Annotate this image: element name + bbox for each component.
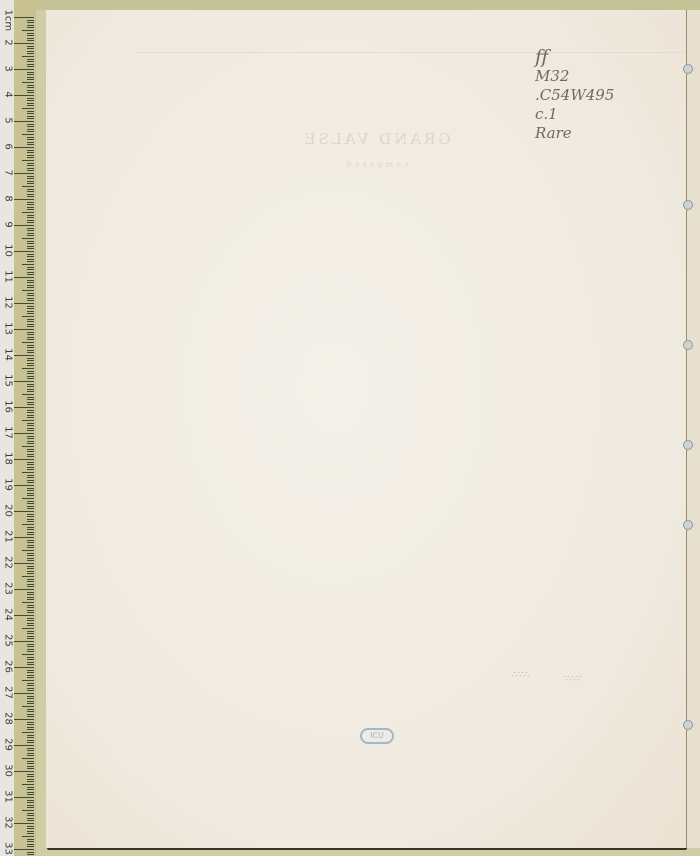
ruler-tick: [27, 72, 34, 73]
ruler-tick: [14, 433, 34, 434]
ruler-tick: [27, 633, 34, 634]
ruler-tick: [27, 38, 34, 39]
ruler-tick: [27, 592, 34, 593]
ruler-tick: [27, 33, 34, 34]
ruler: 1cm2345678910111213141516171819202122232…: [0, 0, 36, 856]
ruler-tick: [27, 607, 34, 608]
ruler-tick: [27, 308, 34, 309]
ruler-tick: [27, 282, 34, 283]
ruler-tick: [22, 238, 34, 239]
ruler-tick: [27, 464, 34, 465]
ruler-tick: [27, 126, 34, 127]
ruler-tick: [14, 17, 34, 18]
ruler-label: 18: [3, 452, 14, 466]
ruler-tick: [27, 287, 34, 288]
ruler-tick: [27, 475, 34, 476]
show-through-subtitle: composed: [276, 160, 476, 169]
ruler-tick: [27, 399, 34, 400]
ruler-tick: [27, 124, 34, 125]
ruler-tick: [27, 711, 34, 712]
ruler-tick: [27, 27, 34, 28]
ruler-tick: [27, 371, 34, 372]
ruler-tick: [27, 800, 34, 801]
ruler-tick: [27, 529, 34, 530]
ruler-tick: [27, 243, 34, 244]
ruler-tick: [27, 742, 34, 743]
ruler-tick: [27, 295, 34, 296]
ruler-tick: [22, 186, 34, 187]
ruler-tick: [27, 267, 34, 268]
ruler-tick: [27, 844, 34, 845]
ruler-tick: [27, 566, 34, 567]
ruler-tick: [27, 324, 34, 325]
ruler-tick: [27, 787, 34, 788]
ruler-tick: [22, 420, 34, 421]
ruler-tick: [27, 532, 34, 533]
ruler-tick: [22, 56, 34, 57]
ruler-tick: [14, 693, 34, 694]
ruler-tick: [14, 173, 34, 174]
ruler-tick: [14, 719, 34, 720]
ruler-tick: [27, 573, 34, 574]
ruler-tick: [27, 826, 34, 827]
call-number-annotation: ff M32 .C54W495 c.1 Rare: [535, 48, 614, 143]
ruler-tick: [27, 443, 34, 444]
ruler-tick: [27, 625, 34, 626]
ruler-tick: [27, 579, 34, 580]
ruler-tick: [22, 758, 34, 759]
binding-hole: [683, 720, 693, 730]
ruler-tick: [27, 306, 34, 307]
ruler-label: 7: [3, 166, 14, 180]
ruler-label: 2: [3, 36, 14, 50]
ruler-label: 13: [3, 322, 14, 336]
ruler-label: 26: [3, 660, 14, 674]
ruler-tick: [27, 417, 34, 418]
ruler-tick: [27, 685, 34, 686]
ruler-tick: [27, 215, 34, 216]
ruler-tick: [27, 724, 34, 725]
ruler-tick: [22, 394, 34, 395]
ruler-tick: [27, 313, 34, 314]
ruler-tick: [27, 129, 34, 130]
ruler-tick: [22, 654, 34, 655]
ruler-label: 1cm: [3, 10, 14, 24]
ruler-tick: [22, 342, 34, 343]
ruler-tick: [27, 191, 34, 192]
ruler-tick: [27, 202, 34, 203]
ruler-tick: [27, 846, 34, 847]
ruler-tick: [27, 269, 34, 270]
ruler-tick: [27, 763, 34, 764]
ruler-label: 5: [3, 114, 14, 128]
ruler-tick: [27, 854, 34, 855]
ruler-tick: [27, 545, 34, 546]
ruler-tick: [14, 381, 34, 382]
ruler-tick: [27, 547, 34, 548]
ruler-tick: [27, 766, 34, 767]
ruler-tick: [14, 277, 34, 278]
ruler-tick: [27, 828, 34, 829]
ruler-tick: [27, 176, 34, 177]
ruler-tick: [27, 490, 34, 491]
ruler-tick: [27, 137, 34, 138]
annotation-line: M32: [535, 67, 614, 86]
ruler-tick: [27, 612, 34, 613]
ruler-tick: [27, 425, 34, 426]
ruler-tick: [27, 506, 34, 507]
ruler-tick: [27, 319, 34, 320]
ruler-label: 20: [3, 504, 14, 518]
ruler-label: 9: [3, 218, 14, 232]
ruler-tick: [27, 696, 34, 697]
ruler-tick: [27, 839, 34, 840]
ruler-tick: [27, 748, 34, 749]
ruler-tick: [27, 59, 34, 60]
ruler-tick: [22, 316, 34, 317]
ruler-tick: [27, 207, 34, 208]
ruler-tick: [27, 703, 34, 704]
ruler-tick: [27, 363, 34, 364]
ruler-tick: [27, 467, 34, 468]
scan-top-strip: [0, 0, 700, 10]
annotation-line: .C54W495: [535, 86, 614, 105]
ruler-tick: [27, 495, 34, 496]
ruler-label: 25: [3, 634, 14, 648]
ruler-tick: [27, 428, 34, 429]
ruler-tick: [27, 178, 34, 179]
ruler-tick: [27, 636, 34, 637]
ruler-tick: [14, 641, 34, 642]
ruler-tick: [27, 116, 34, 117]
ruler-tick: [27, 753, 34, 754]
ruler-tick: [27, 209, 34, 210]
ruler-tick: [27, 311, 34, 312]
ruler-tick: [14, 355, 34, 356]
ruler-tick: [27, 555, 34, 556]
ruler-tick: [22, 82, 34, 83]
ruler-tick: [14, 95, 34, 96]
ruler-tick: [27, 605, 34, 606]
ruler-tick: [27, 657, 34, 658]
ruler-tick: [27, 456, 34, 457]
ruler-tick: [27, 722, 34, 723]
foxing-spot: ∴∵∴: [512, 670, 530, 679]
ruler-tick: [27, 449, 34, 450]
ruler-label: 21: [3, 530, 14, 544]
ruler-tick: [14, 823, 34, 824]
annotation-line: c.1: [535, 105, 614, 124]
ruler-tick: [27, 709, 34, 710]
ruler-tick: [27, 482, 34, 483]
ruler-tick: [14, 329, 34, 330]
ruler-tick: [27, 386, 34, 387]
ruler-tick: [27, 332, 34, 333]
ruler-tick: [22, 108, 34, 109]
ruler-label: 15: [3, 374, 14, 388]
ruler-tick: [22, 732, 34, 733]
ruler-tick: [27, 77, 34, 78]
ruler-tick: [27, 274, 34, 275]
ruler-tick: [27, 818, 34, 819]
ruler-tick: [14, 511, 34, 512]
ruler-tick: [27, 350, 34, 351]
ruler-tick: [27, 415, 34, 416]
ruler-tick: [14, 745, 34, 746]
ruler-tick: [27, 48, 34, 49]
ruler-label: 22: [3, 556, 14, 570]
ruler-tick: [27, 750, 34, 751]
binding-hole: [683, 440, 693, 450]
ruler-tick: [22, 160, 34, 161]
ruler-tick: [22, 706, 34, 707]
ruler-tick: [14, 563, 34, 564]
ruler-tick: [27, 246, 34, 247]
ruler-tick: [27, 113, 34, 114]
ruler-tick: [27, 688, 34, 689]
ruler-tick: [22, 602, 34, 603]
ruler-tick: [27, 508, 34, 509]
ruler-tick: [27, 410, 34, 411]
ruler-tick: [22, 134, 34, 135]
ruler-tick: [27, 92, 34, 93]
ruler-label: 14: [3, 348, 14, 362]
ruler-tick: [22, 446, 34, 447]
ruler-tick: [27, 503, 34, 504]
ruler-tick: [27, 347, 34, 348]
ruler-tick: [27, 701, 34, 702]
ruler-tick: [27, 516, 34, 517]
ruler-tick: [22, 836, 34, 837]
ruler-tick: [22, 524, 34, 525]
ruler-tick: [27, 261, 34, 262]
ruler-tick: [27, 618, 34, 619]
ruler-tick: [27, 235, 34, 236]
ruler-tick: [27, 321, 34, 322]
foxing-spot: ∵∴∵: [564, 674, 582, 683]
ruler-tick: [27, 20, 34, 21]
ruler-tick: [27, 152, 34, 153]
ruler-tick: [27, 521, 34, 522]
ruler-tick: [27, 352, 34, 353]
ruler-label: 28: [3, 712, 14, 726]
ruler-tick: [14, 849, 34, 850]
ruler-tick: [27, 659, 34, 660]
ruler-tick: [27, 670, 34, 671]
ruler-label: 27: [3, 686, 14, 700]
ruler-tick: [27, 412, 34, 413]
ruler-label: 8: [3, 192, 14, 206]
ruler-tick: [27, 581, 34, 582]
ruler-tick: [27, 599, 34, 600]
ruler-tick: [22, 472, 34, 473]
ruler-tick: [27, 204, 34, 205]
ruler-tick: [22, 30, 34, 31]
ruler-tick: [27, 163, 34, 164]
ruler-tick: [27, 391, 34, 392]
ruler-tick: [27, 774, 34, 775]
ruler-tick: [27, 558, 34, 559]
ruler-label: 30: [3, 764, 14, 778]
ruler-tick: [27, 698, 34, 699]
ruler-tick: [27, 514, 34, 515]
ruler-tick: [27, 768, 34, 769]
ruler-tick: [27, 334, 34, 335]
ruler-tick: [27, 157, 34, 158]
ruler-tick: [14, 251, 34, 252]
ruler-tick: [14, 407, 34, 408]
ruler-tick: [22, 368, 34, 369]
ruler-tick: [27, 675, 34, 676]
ruler-tick: [22, 680, 34, 681]
ruler-tick: [27, 527, 34, 528]
ruler-tick: [27, 755, 34, 756]
ruler-tick: [27, 454, 34, 455]
ruler-tick: [27, 553, 34, 554]
ruler-tick: [27, 571, 34, 572]
ruler-tick: [27, 761, 34, 762]
ruler-label: 23: [3, 582, 14, 596]
ruler-tick: [14, 43, 34, 44]
ruler-tick: [27, 833, 34, 834]
ruler-label: 31: [3, 790, 14, 804]
ruler-label: 29: [3, 738, 14, 752]
ruler-tick: [27, 792, 34, 793]
ruler-label: 33: [3, 842, 14, 856]
ruler-tick: [27, 423, 34, 424]
ruler-tick: [27, 40, 34, 41]
ruler-tick: [27, 436, 34, 437]
ruler-tick: [27, 610, 34, 611]
ruler-tick: [14, 615, 34, 616]
ruler-tick: [27, 280, 34, 281]
ruler-tick: [27, 404, 34, 405]
ruler-tick: [27, 831, 34, 832]
ruler-tick: [27, 339, 34, 340]
ruler-tick: [27, 664, 34, 665]
ruler-tick: [22, 550, 34, 551]
ruler-tick: [27, 631, 34, 632]
ruler-tick: [27, 181, 34, 182]
ruler-tick: [27, 542, 34, 543]
binding-hole: [683, 200, 693, 210]
ruler-tick: [27, 735, 34, 736]
ruler-tick: [27, 649, 34, 650]
ruler-tick: [27, 776, 34, 777]
ruler-label: 3: [3, 62, 14, 76]
ruler-tick: [22, 628, 34, 629]
binding-hole: [683, 64, 693, 74]
ruler-tick: [27, 194, 34, 195]
ruler-tick: [27, 168, 34, 169]
ruler-tick: [27, 813, 34, 814]
ruler-tick: [27, 293, 34, 294]
ruler-tick: [27, 781, 34, 782]
ruler-tick: [27, 220, 34, 221]
ruler-tick: [27, 230, 34, 231]
ruler-tick: [27, 298, 34, 299]
ruler-tick: [27, 519, 34, 520]
ruler-tick: [27, 170, 34, 171]
ruler-tick: [22, 576, 34, 577]
ruler-tick: [27, 79, 34, 80]
ruler-label: 17: [3, 426, 14, 440]
ruler-tick: [22, 264, 34, 265]
ruler-tick: [27, 441, 34, 442]
ruler-tick: [27, 241, 34, 242]
ruler-tick: [27, 51, 34, 52]
ruler-tick: [27, 98, 34, 99]
ruler-tick: [27, 488, 34, 489]
ruler-tick: [14, 69, 34, 70]
ruler-tick: [27, 651, 34, 652]
library-stamp: ICU: [360, 728, 394, 744]
ruler-tick: [14, 199, 34, 200]
ruler-tick: [22, 290, 34, 291]
ruler-tick: [27, 789, 34, 790]
ruler-tick: [27, 139, 34, 140]
ruler-label: 6: [3, 140, 14, 154]
ruler-tick: [27, 805, 34, 806]
ruler-tick: [27, 677, 34, 678]
ruler-tick: [27, 64, 34, 65]
ruler-tick: [27, 183, 34, 184]
ruler-tick: [27, 25, 34, 26]
ruler-tick: [27, 131, 34, 132]
ruler-label: 11: [3, 270, 14, 284]
ruler-tick: [27, 779, 34, 780]
ruler-tick: [27, 620, 34, 621]
ruler-tick: [27, 111, 34, 112]
ruler-tick: [27, 90, 34, 91]
ruler-tick: [27, 469, 34, 470]
ruler-tick: [27, 623, 34, 624]
ruler-tick: [27, 451, 34, 452]
ruler-tick: [27, 22, 34, 23]
ruler-tick: [14, 147, 34, 148]
ruler-tick: [22, 498, 34, 499]
ruler-tick: [27, 729, 34, 730]
ruler-tick: [14, 589, 34, 590]
ruler-tick: [27, 373, 34, 374]
ruler-tick: [27, 560, 34, 561]
ruler-tick: [27, 646, 34, 647]
ruler-label: 32: [3, 816, 14, 830]
ruler-tick: [27, 155, 34, 156]
ruler-tick: [27, 248, 34, 249]
ruler-tick: [22, 810, 34, 811]
ruler-tick: [27, 584, 34, 585]
ruler-tick: [27, 100, 34, 101]
ruler-tick: [27, 727, 34, 728]
ruler-tick: [27, 326, 34, 327]
ruler-tick: [27, 378, 34, 379]
ruler-tick: [27, 644, 34, 645]
ruler-tick: [14, 537, 34, 538]
ruler-label: 19: [3, 478, 14, 492]
ruler-tick: [14, 121, 34, 122]
ruler-tick: [27, 285, 34, 286]
ruler-tick: [27, 222, 34, 223]
ruler-tick: [27, 165, 34, 166]
ruler-tick: [27, 501, 34, 502]
ruler-tick: [27, 389, 34, 390]
ruler-tick: [27, 189, 34, 190]
ruler-tick: [27, 683, 34, 684]
ruler-tick: [27, 841, 34, 842]
ruler-tick: [27, 256, 34, 257]
ruler-tick: [27, 254, 34, 255]
